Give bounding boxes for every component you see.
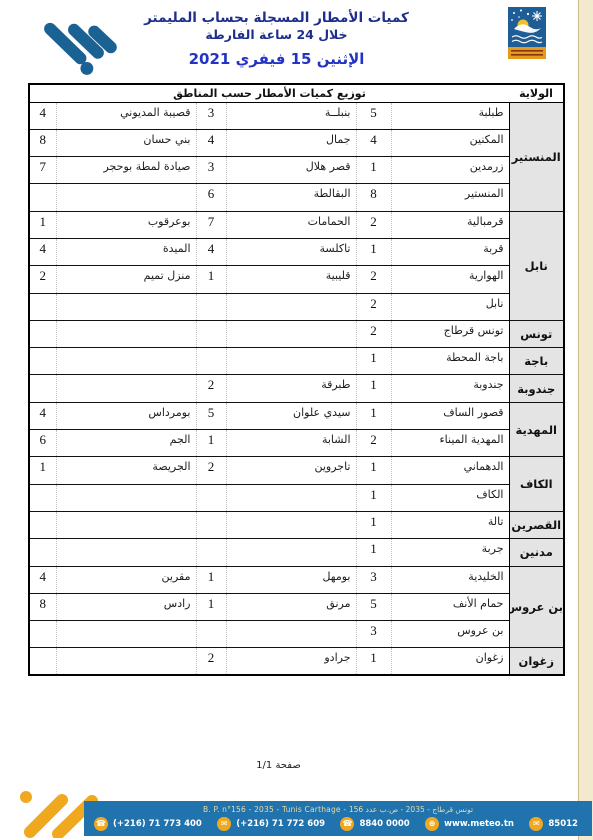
station-name-cell: صيادة لمطة بوحجر [56, 157, 196, 184]
station-name-cell: قصور الساف [391, 402, 509, 429]
station-value-cell: 4 [29, 402, 56, 429]
station-value-cell [196, 320, 226, 347]
station-name-cell: قربة [391, 238, 509, 265]
station-value-cell [29, 539, 56, 566]
table-row: باجةباجة المحطة1 [29, 348, 564, 375]
contact-item: ✉(+216) 71 772 609 [217, 817, 325, 831]
table-row: المنستيرطبلبة5بنبلــة3قصيبة المديوني4 [29, 102, 564, 129]
station-name-cell: منزل تميم [56, 266, 196, 293]
table-row: مدنينجربة1 [29, 539, 564, 566]
contact-text: 85012 [548, 819, 578, 829]
station-name-cell [56, 621, 196, 648]
station-value-cell: 2 [196, 648, 226, 675]
station-value-cell: 2 [356, 211, 391, 238]
station-value-cell: 6 [196, 184, 226, 211]
table-row: زغوانزغوان1جرادو2 [29, 648, 564, 675]
fax-icon: ☎ [94, 817, 108, 831]
contact-item: ☎(+216) 71 773 400 [94, 817, 202, 831]
station-value-cell: 2 [356, 293, 391, 320]
sms-icon: ✉ [529, 817, 543, 831]
contact-text: (+216) 71 773 400 [113, 819, 202, 829]
wilaya-cell: المنستير [509, 102, 564, 211]
station-name-cell: بومهل [226, 566, 356, 593]
station-name-cell [56, 484, 196, 511]
station-value-cell: 1 [356, 457, 391, 484]
station-value-cell: 1 [29, 211, 56, 238]
station-name-cell: المهدية الميناء [391, 430, 509, 457]
page-number: صفحة 1/1 [0, 760, 557, 771]
station-value-cell [29, 511, 56, 538]
title-line2: خلال 24 ساعة الفارطة [0, 27, 553, 44]
station-name-cell: بوعرقوب [56, 211, 196, 238]
table-header-row: الولاية توزيع كميات الأمطار حسب المناطق [29, 84, 564, 102]
station-name-cell [56, 511, 196, 538]
station-value-cell [29, 293, 56, 320]
station-value-cell [29, 320, 56, 347]
station-name-cell: الحمامات [226, 211, 356, 238]
station-name-cell [226, 539, 356, 566]
contact-item: ✉85012 [529, 817, 578, 831]
station-value-cell [29, 184, 56, 211]
station-name-cell [226, 320, 356, 347]
station-value-cell: 1 [356, 511, 391, 538]
table-row: حمام الأنف5مرنق1رادس8 [29, 593, 564, 620]
station-value-cell [29, 348, 56, 375]
wilaya-cell: القصرين [509, 511, 564, 538]
contact-item: ⊕www.meteo.tn [425, 817, 514, 831]
station-name-cell [226, 348, 356, 375]
station-name-cell [226, 511, 356, 538]
table-row: قربة1تاكلسة4الميدة4 [29, 238, 564, 265]
station-name-cell: جمال [226, 129, 356, 156]
table-row: نابل2 [29, 293, 564, 320]
station-value-cell [196, 621, 226, 648]
station-name-cell: باجة المحطة [391, 348, 509, 375]
station-value-cell: 2 [356, 430, 391, 457]
station-value-cell: 8 [29, 129, 56, 156]
phone-icon: ☎ [340, 817, 354, 831]
station-name-cell: سيدي علوان [226, 402, 356, 429]
table-row: بن عروسالخليدية3بومهل1مقرين4 [29, 566, 564, 593]
distribution-header-cell: توزيع كميات الأمطار حسب المناطق [29, 84, 509, 102]
table-row: الكافالدهماني1تاجروين2الجريصة1 [29, 457, 564, 484]
station-name-cell: الشابة [226, 430, 356, 457]
table-row: جندوبةجندوبة1طبرقة2 [29, 375, 564, 402]
station-value-cell: 8 [29, 593, 56, 620]
station-name-cell: مرنق [226, 593, 356, 620]
station-value-cell: 1 [29, 457, 56, 484]
document-title: كميات الأمطار المسجلة بحساب المليمتر خلا… [0, 9, 553, 44]
station-name-cell: قصر هلال [226, 157, 356, 184]
station-value-cell: 1 [196, 266, 226, 293]
station-name-cell: تاجروين [226, 457, 356, 484]
printer-icon: ✉ [217, 817, 231, 831]
wilaya-cell: زغوان [509, 648, 564, 675]
station-name-cell [56, 539, 196, 566]
station-value-cell: 8 [356, 184, 391, 211]
station-name-cell: تونس قرطاج [391, 320, 509, 347]
station-name-cell: قرمبالية [391, 211, 509, 238]
contact-text: (+216) 71 772 609 [236, 819, 325, 829]
station-value-cell: 1 [196, 430, 226, 457]
station-name-cell: الجريصة [56, 457, 196, 484]
station-value-cell: 4 [356, 129, 391, 156]
station-name-cell: مقرين [56, 566, 196, 593]
station-name-cell: تاكلسة [226, 238, 356, 265]
globe-icon: ⊕ [425, 817, 439, 831]
station-name-cell: نابل [391, 293, 509, 320]
rain-table-body: الولاية توزيع كميات الأمطار حسب المناطق … [29, 84, 564, 675]
station-value-cell: 5 [356, 593, 391, 620]
station-value-cell [196, 348, 226, 375]
station-value-cell: 7 [29, 157, 56, 184]
station-value-cell: 3 [196, 102, 226, 129]
station-value-cell: 5 [196, 402, 226, 429]
station-name-cell [56, 348, 196, 375]
station-name-cell: حمام الأنف [391, 593, 509, 620]
station-value-cell: 1 [356, 484, 391, 511]
station-name-cell: بنبلــة [226, 102, 356, 129]
contact-item: ☎8840 0000 [340, 817, 409, 831]
station-name-cell: طبرقة [226, 375, 356, 402]
table-row: بن عروس3 [29, 621, 564, 648]
table-row: نابلقرمبالية2الحمامات7بوعرقوب1 [29, 211, 564, 238]
station-value-cell [196, 539, 226, 566]
station-name-cell: بن عروس [391, 621, 509, 648]
table-row: المهديةقصور الساف1سيدي علوان5بومرداس4 [29, 402, 564, 429]
station-value-cell: 4 [196, 238, 226, 265]
station-value-cell: 1 [356, 157, 391, 184]
wilaya-cell: جندوبة [509, 375, 564, 402]
table-row: المنستير8البقالطة6 [29, 184, 564, 211]
station-name-cell: المكنين [391, 129, 509, 156]
station-value-cell [196, 293, 226, 320]
contact-text: 8840 0000 [359, 819, 409, 829]
station-name-cell: الميدة [56, 238, 196, 265]
station-name-cell: الكاف [391, 484, 509, 511]
table-row: تونستونس قرطاج2 [29, 320, 564, 347]
station-name-cell [56, 184, 196, 211]
station-value-cell: 1 [356, 348, 391, 375]
station-name-cell [56, 293, 196, 320]
station-name-cell [56, 320, 196, 347]
station-value-cell [196, 511, 226, 538]
station-value-cell: 5 [356, 102, 391, 129]
station-value-cell: 2 [356, 266, 391, 293]
table-row: المكنين4جمال4بني حسان8 [29, 129, 564, 156]
station-name-cell [226, 484, 356, 511]
station-name-cell: طبلبة [391, 102, 509, 129]
station-name-cell: زغوان [391, 648, 509, 675]
station-value-cell: 1 [356, 402, 391, 429]
station-name-cell: تالة [391, 511, 509, 538]
station-name-cell: الدهماني [391, 457, 509, 484]
scan-edge-strip [578, 0, 593, 840]
wilaya-cell: تونس [509, 320, 564, 347]
station-value-cell: 4 [29, 102, 56, 129]
wilaya-cell: الكاف [509, 457, 564, 512]
footer-address: B. P. n°156 - 2035 - Tunis Carthage - تو… [84, 801, 592, 814]
table-row: الكاف1 [29, 484, 564, 511]
station-value-cell: 4 [196, 129, 226, 156]
station-value-cell [196, 484, 226, 511]
station-value-cell: 4 [29, 566, 56, 593]
station-value-cell [29, 621, 56, 648]
station-value-cell: 6 [29, 430, 56, 457]
station-name-cell [56, 375, 196, 402]
station-value-cell: 1 [356, 539, 391, 566]
table-row: زرمدين1قصر هلال3صيادة لمطة بوحجر7 [29, 157, 564, 184]
wilaya-cell: بن عروس [509, 566, 564, 648]
wilaya-cell: باجة [509, 348, 564, 375]
contact-text: www.meteo.tn [444, 819, 514, 829]
station-name-cell [226, 293, 356, 320]
station-name-cell: زرمدين [391, 157, 509, 184]
station-name-cell: بني حسان [56, 129, 196, 156]
station-name-cell: جربة [391, 539, 509, 566]
station-value-cell [29, 484, 56, 511]
station-value-cell: 3 [356, 621, 391, 648]
table-row: الهوارية2قليبية1منزل تميم2 [29, 266, 564, 293]
station-value-cell: 1 [356, 238, 391, 265]
station-name-cell: الخليدية [391, 566, 509, 593]
station-value-cell [29, 375, 56, 402]
bulletin-date: الإثنين 15 فيفري 2021 [0, 50, 553, 68]
station-name-cell: بومرداس [56, 402, 196, 429]
station-value-cell: 2 [29, 266, 56, 293]
title-line1: كميات الأمطار المسجلة بحساب المليمتر [0, 9, 553, 27]
wilaya-cell: مدنين [509, 539, 564, 566]
station-value-cell: 7 [196, 211, 226, 238]
station-name-cell: البقالطة [226, 184, 356, 211]
station-value-cell: 3 [196, 157, 226, 184]
table-row: المهدية الميناء2الشابة1الجم6 [29, 430, 564, 457]
station-value-cell: 2 [196, 375, 226, 402]
rain-table: الولاية توزيع كميات الأمطار حسب المناطق … [28, 83, 565, 676]
station-value-cell: 1 [356, 648, 391, 675]
station-name-cell: قليبية [226, 266, 356, 293]
footer-bar: B. P. n°156 - 2035 - Tunis Carthage - تو… [84, 801, 592, 836]
footer-contacts: ☎(+216) 71 773 400✉(+216) 71 772 609☎884… [84, 814, 592, 831]
station-name-cell [56, 648, 196, 675]
station-value-cell: 4 [29, 238, 56, 265]
station-value-cell: 2 [196, 457, 226, 484]
rainfall-bulletin-page: كميات الأمطار المسجلة بحساب المليمتر خلا… [0, 0, 593, 840]
station-value-cell: 1 [196, 566, 226, 593]
station-name-cell: المنستير [391, 184, 509, 211]
station-name-cell: جندوبة [391, 375, 509, 402]
station-name-cell: الهوارية [391, 266, 509, 293]
station-name-cell: قصيبة المديوني [56, 102, 196, 129]
station-value-cell: 2 [356, 320, 391, 347]
wilaya-cell: المهدية [509, 402, 564, 457]
station-value-cell: 1 [356, 375, 391, 402]
wilaya-header-cell: الولاية [509, 84, 564, 102]
station-value-cell: 1 [196, 593, 226, 620]
station-name-cell: رادس [56, 593, 196, 620]
station-name-cell: جرادو [226, 648, 356, 675]
station-value-cell: 3 [356, 566, 391, 593]
table-row: القصرينتالة1 [29, 511, 564, 538]
wilaya-cell: نابل [509, 211, 564, 320]
station-name-cell: الجم [56, 430, 196, 457]
station-value-cell [29, 648, 56, 675]
station-name-cell [226, 621, 356, 648]
